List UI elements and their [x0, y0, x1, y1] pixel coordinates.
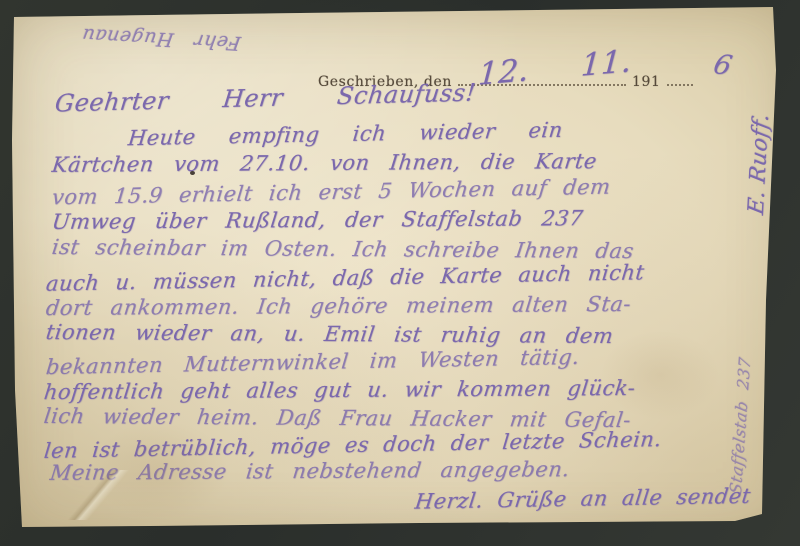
body-line: dort ankommen. Ich gehöre meinem alten S…: [45, 292, 633, 320]
body-line: Kärtchen vom 27.10. von Ihnen, die Karte: [51, 149, 599, 177]
photo-of-postcard: { "scene": { "background_color": "#2c302…: [0, 0, 800, 546]
body-line: Heute empfing ich wieder ein: [127, 118, 564, 150]
body-line: hoffentlich geht alles gut u. wir kommen…: [43, 376, 637, 404]
paper-stain: [600, 330, 720, 420]
body-line: Umweg über Rußland, der Staffelstab 237: [51, 206, 585, 234]
right-margin-signature: E. Ruoff.: [744, 111, 774, 217]
body-line: Meine Adresse ist nebstehend angegeben.: [49, 457, 571, 485]
body-line: auch u. müssen nicht, daß die Karte auch…: [45, 260, 646, 296]
printed-year-prefix: 191: [632, 74, 661, 90]
body-line: vom 15.9 erhielt ich erst 5 Wochen auf d…: [51, 175, 612, 210]
salutation-line: Geehrter Herr Schaufuss!: [53, 78, 477, 117]
body-line: ist scheinbar im Osten. Ich schreibe Ihn…: [50, 235, 635, 263]
right-margin-note: Staffelstab 237: [726, 355, 754, 496]
body-line: bekannten Mutternwinkel im Westen tätig.: [45, 345, 581, 379]
dotted-year-line: [667, 72, 693, 86]
postcard-paper: Fehr Hugenau Geschrieben, den 191 12. 11…: [0, 0, 800, 546]
body-line: tionen wieder an, u. Emil ist ruhig an d…: [44, 320, 614, 348]
handwritten-year-digit: 6: [710, 49, 735, 81]
upside-down-note: Fehr Hugenau: [80, 24, 242, 54]
body-line: lich wieder heim. Daß Frau Hacker mit Ge…: [42, 404, 632, 432]
